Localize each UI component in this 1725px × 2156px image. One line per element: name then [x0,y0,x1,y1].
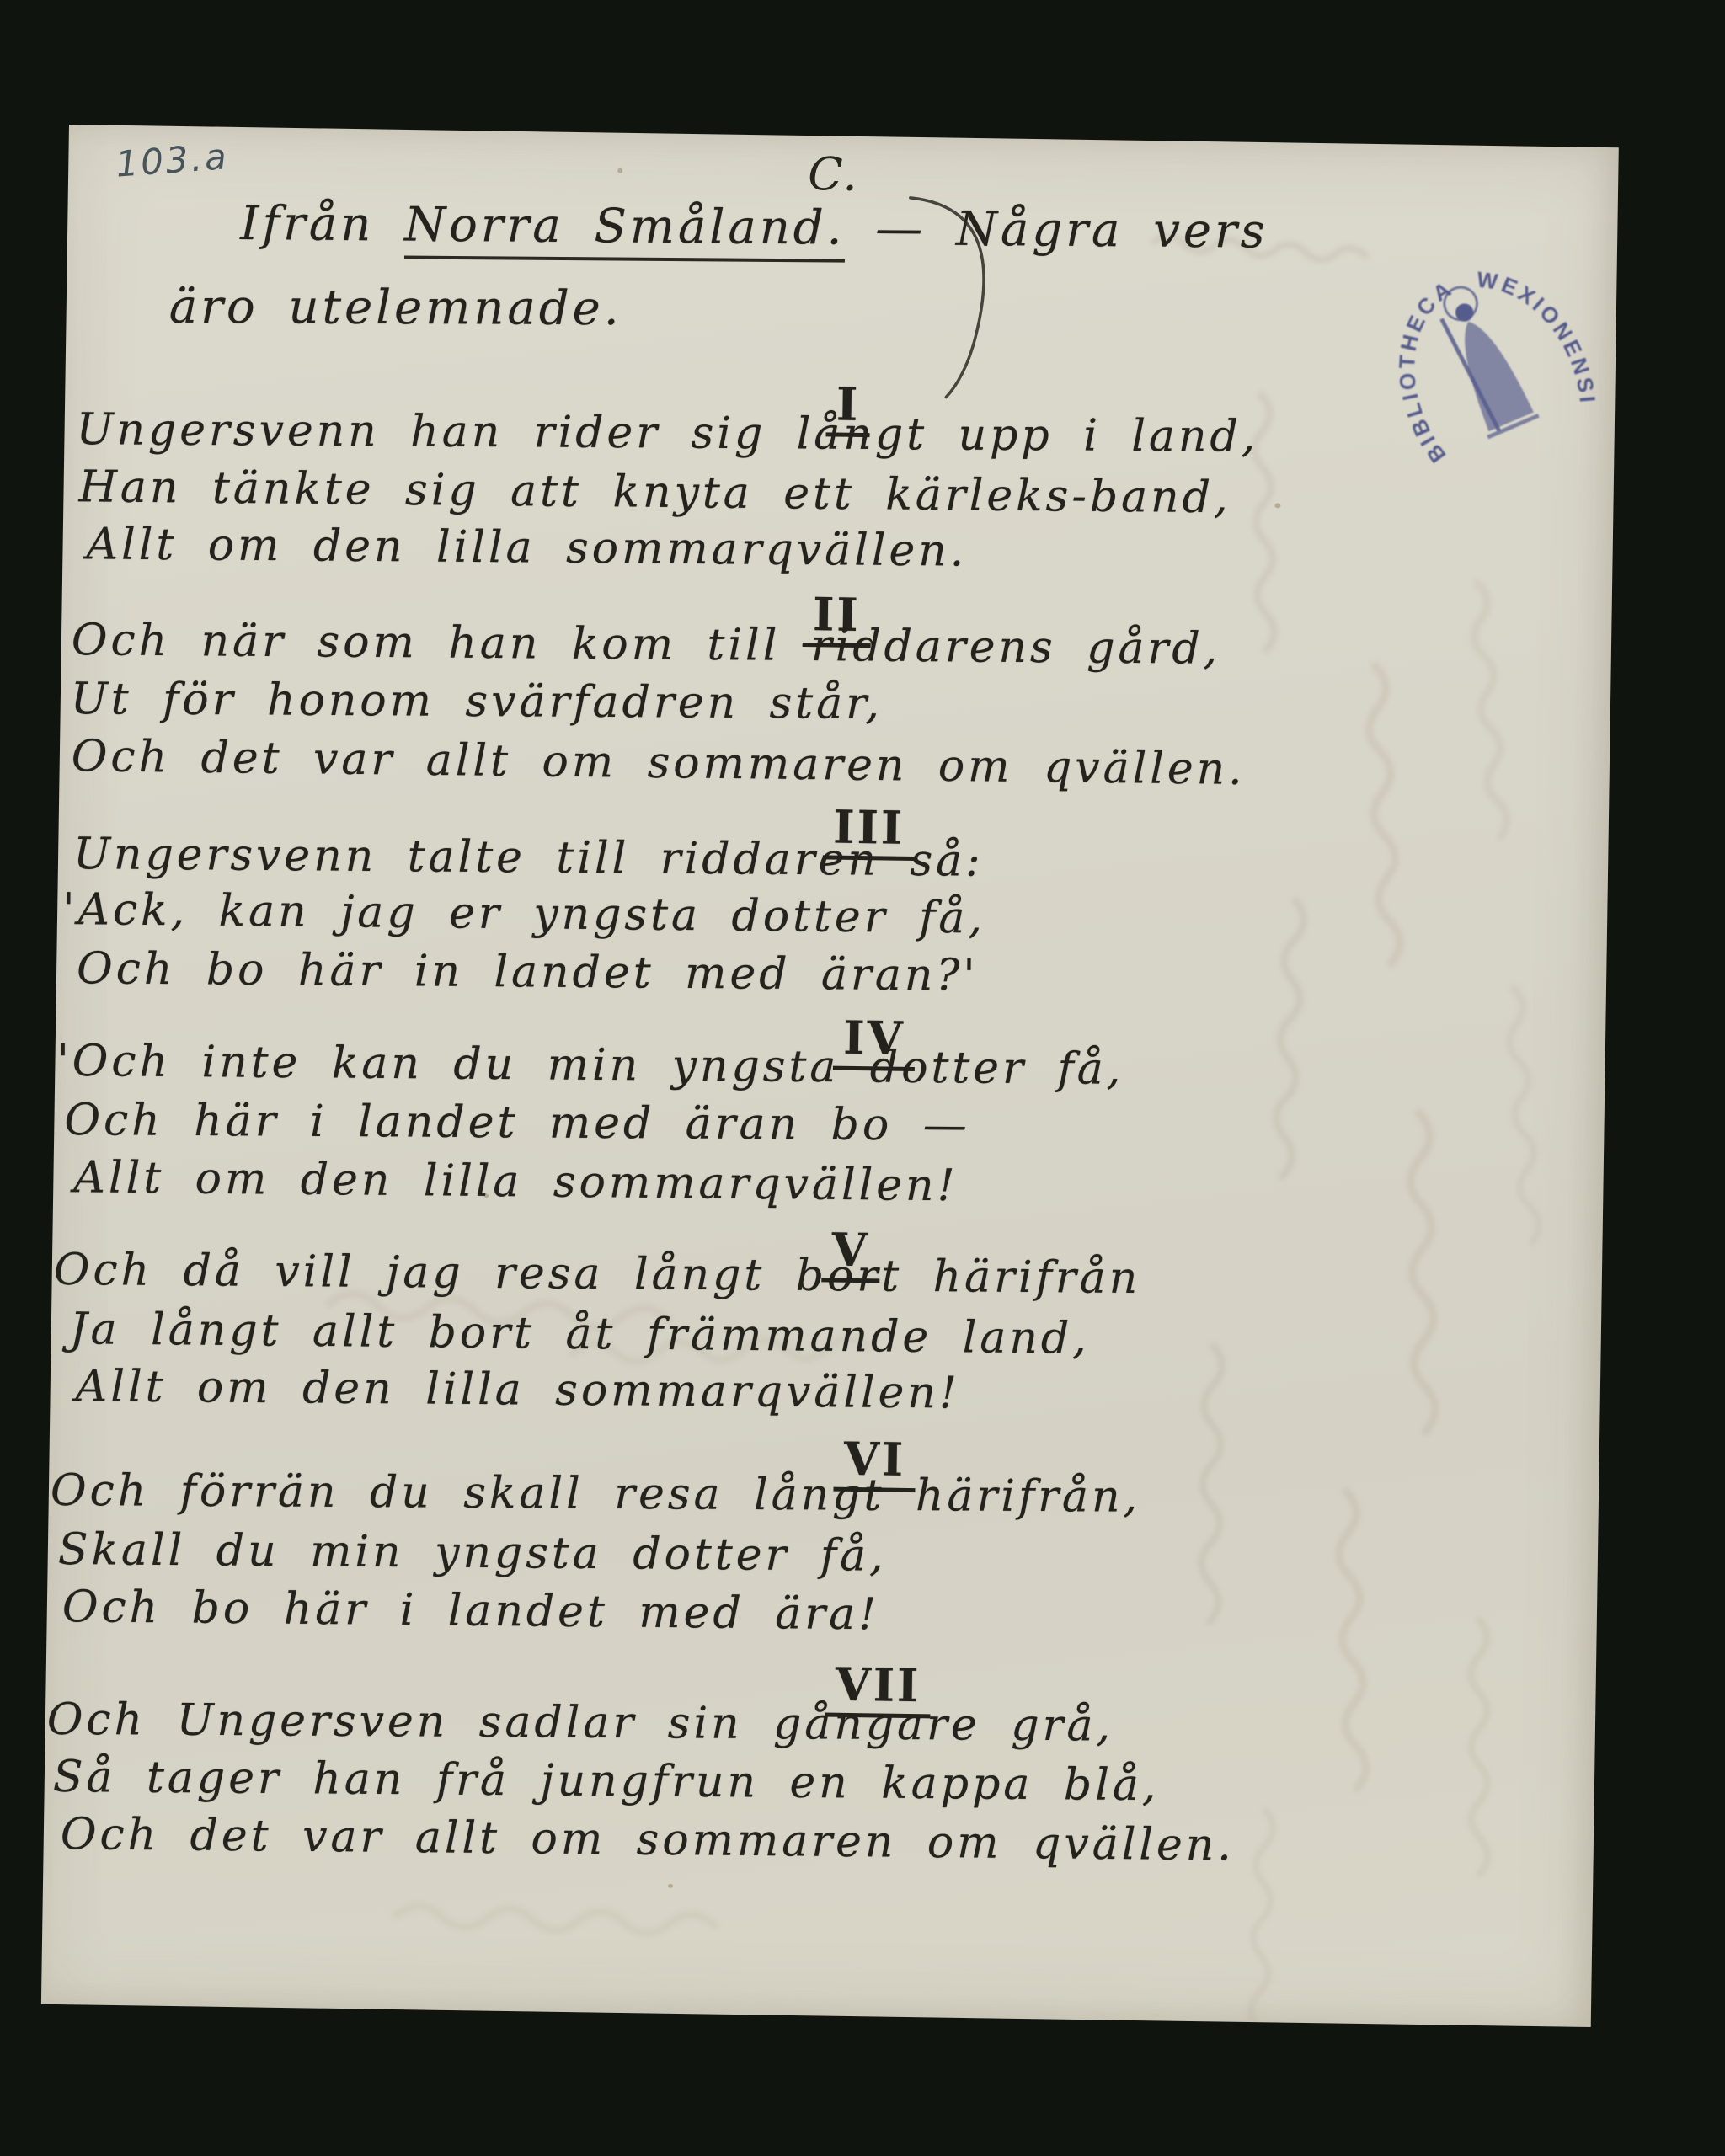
library-stamp: BIBLIOTHECAWEXIONENSIS [1361,224,1610,497]
verse-line: Och förrän du skall resa långt härifrån, [51,1465,1140,1523]
title-prefix: Ifrån [240,196,404,253]
verse-line: Och då vill jag resa långt bort härifrån [54,1245,1141,1304]
verse-line: Ja långt allt bort åt främmande land, [69,1304,1089,1364]
verse-line: Allt om den lilla sommarqvällen! [73,1152,959,1211]
verse-line: Och bo här in landet med äran?' [77,943,979,1001]
title-suffix: — Några vers [845,201,1268,259]
verse-line: Och bo här i landet med ära! [62,1582,880,1640]
paper-speck [617,168,622,173]
title-line-1: Ifrån Norra Småland. — Några vers [240,196,1268,259]
verse-line: Och när som han kom till riddarens gård, [72,615,1221,675]
paper-speck [1274,503,1280,508]
verse-line: Och här i landet med äran bo — [64,1095,970,1151]
verse-line: Och Ungersven sadlar sin gångare grå, [47,1694,1114,1752]
verse-line: 'Ack, kan jag er yngsta dotter få, [62,884,985,944]
verse-line: Så tager han frå jungfrun en kappa blå, [53,1752,1160,1811]
archive-number: 103.a [115,136,230,185]
scanned-page: 103.a C. Ifrån Norra Småland. — Några ve… [0,0,1725,2156]
title-underlined-region: Norra Småland. [404,198,846,263]
verse-line: Ungersvenn han rider sig långt upp i lan… [76,404,1258,462]
verse-line: Allt om den lilla sommarqvällen! [76,1361,961,1418]
verse-line: Skall du min yngsta dotter få, [58,1524,887,1582]
verse-line: Allt om den lilla sommarqvällen. [86,519,967,576]
title-line-2: äro utelemnade. [169,280,622,336]
verse-line: Ut för honom svärfadren står, [71,674,883,729]
paper-speck [668,1884,673,1888]
verse-line: Och det var allt om sommaren om qvällen. [72,731,1247,795]
verse-line: Och det var allt om sommaren om qvällen. [61,1809,1236,1870]
verse-line: Han tänkte sig att knyta ett kärleks-ban… [78,462,1231,523]
section-letter: C. [808,147,859,201]
verses: IUngersvenn han rider sig långt upp i la… [69,125,1619,147]
verse-line: Ungersvenn talte till riddaren så: [73,829,984,886]
manuscript-paper: 103.a C. Ifrån Norra Småland. — Några ve… [41,125,1619,2027]
verse-line: 'Och inte kan du min yngsta dotter få, [56,1036,1124,1095]
